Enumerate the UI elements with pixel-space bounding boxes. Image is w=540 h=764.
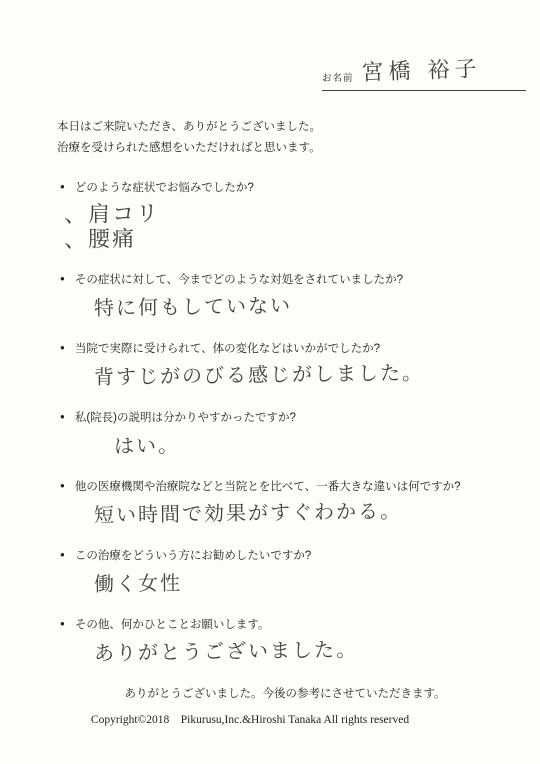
survey-document: お名前 宮橋 裕子 本日はご来院いただき、ありがとうございました。 治療を受けら… — [0, 0, 540, 764]
answer-group: 短い時間で効果がすぐわかる。 — [60, 502, 540, 529]
question-block: ● 私(院長)の説明は分かりやすかったですか? はい。 — [60, 409, 540, 460]
answer-group: 働く女性 — [60, 571, 540, 598]
question-block: ● その他、何かひとことお願いします。 ありがとうございました。 — [60, 616, 540, 667]
question-text: 当院で実際に受けられて、体の変化などはいかがでしたか? — [75, 340, 380, 356]
bullet-icon: ● — [60, 413, 65, 421]
bullet-icon: ● — [60, 482, 65, 490]
question-block: ● その症状に対して、今までどのような対処をされていましたか? 特に何もしていな… — [60, 271, 540, 322]
question-line: ● 当院で実際に受けられて、体の変化などはいかがでしたか? — [60, 340, 540, 356]
intro-line-2: 治療を受けられた感想をいただければと思います。 — [57, 142, 321, 154]
question-text: どのような症状でお悩みでしたか? — [75, 179, 254, 195]
question-line: ● その他、何かひとことお願いします。 — [60, 616, 540, 632]
question-line: ● その症状に対して、今までどのような対処をされていましたか? — [60, 271, 540, 287]
question-list: ● どのような症状でお悩みでしたか? 、肩コリ、腰痛 ● その症状に対して、今ま… — [0, 179, 540, 667]
question-text: この治療をどういう方にお勧めしたいですか? — [75, 547, 311, 563]
name-field: お名前 宮橋 裕子 — [322, 56, 526, 91]
question-text: 私(院長)の説明は分かりやすかったですか? — [75, 409, 296, 425]
bullet-icon: ● — [60, 551, 65, 559]
bullet-icon: ● — [60, 183, 65, 191]
question-block: ● どのような症状でお悩みでしたか? 、肩コリ、腰痛 — [60, 179, 540, 253]
question-line: ● どのような症状でお悩みでしたか? — [60, 179, 540, 195]
question-text: その他、何かひとことお願いします。 — [75, 616, 270, 632]
question-text: 他の医療機関や治療院などと当院とを比べて、一番大きな違いは何ですか? — [75, 478, 461, 494]
closing-text: ありがとうございました。今後の参考にさせていただきます。 — [30, 685, 540, 701]
question-block: ● 当院で実際に受けられて、体の変化などはいかがでしたか? 背すじがのびる感じが… — [60, 340, 540, 391]
question-text: その症状に対して、今までどのような対処をされていましたか? — [75, 271, 403, 287]
answer-group: 背すじがのびる感じがしました。 — [60, 364, 540, 391]
copyright-text: Copyright©2018 Pikurusu,Inc.&Hiroshi Tan… — [0, 711, 500, 727]
answer-group: ありがとうございました。 — [60, 640, 540, 667]
answer-handwritten: ありがとうございました。 — [94, 634, 540, 667]
bullet-icon: ● — [60, 620, 65, 628]
question-line: ● この治療をどういう方にお勧めしたいですか? — [60, 547, 540, 563]
answer-group: はい。 — [60, 433, 540, 460]
intro-text: 本日はご来院いただき、ありがとうございました。 治療を受けられた感想をいただけれ… — [57, 117, 540, 159]
answer-handwritten: 特に何もしていない — [94, 289, 540, 322]
question-block: ● この治療をどういう方にお勧めしたいですか? 働く女性 — [60, 547, 540, 598]
answer-group: 、肩コリ、腰痛 — [60, 203, 540, 253]
answer-handwritten: 働く女性 — [94, 565, 540, 598]
intro-line-1: 本日はご来院いただき、ありがとうございました。 — [57, 121, 321, 133]
name-label: お名前 — [322, 70, 354, 87]
answer-handwritten: はい。 — [114, 427, 540, 460]
question-line: ● 他の医療機関や治療院などと当院とを比べて、一番大きな違いは何ですか? — [60, 478, 540, 494]
bullet-icon: ● — [60, 344, 65, 352]
question-line: ● 私(院長)の説明は分かりやすかったですか? — [60, 409, 540, 425]
answer-handwritten: 背すじがのびる感じがしました。 — [94, 358, 540, 391]
name-value-handwritten: 宮橋 裕子 — [360, 52, 481, 87]
answer-handwritten: 、腰痛 — [64, 221, 540, 253]
answer-group: 特に何もしていない — [60, 295, 540, 322]
answer-handwritten: 短い時間で効果がすぐわかる。 — [94, 496, 540, 529]
question-block: ● 他の医療機関や治療院などと当院とを比べて、一番大きな違いは何ですか? 短い時… — [60, 478, 540, 529]
bullet-icon: ● — [60, 275, 65, 283]
